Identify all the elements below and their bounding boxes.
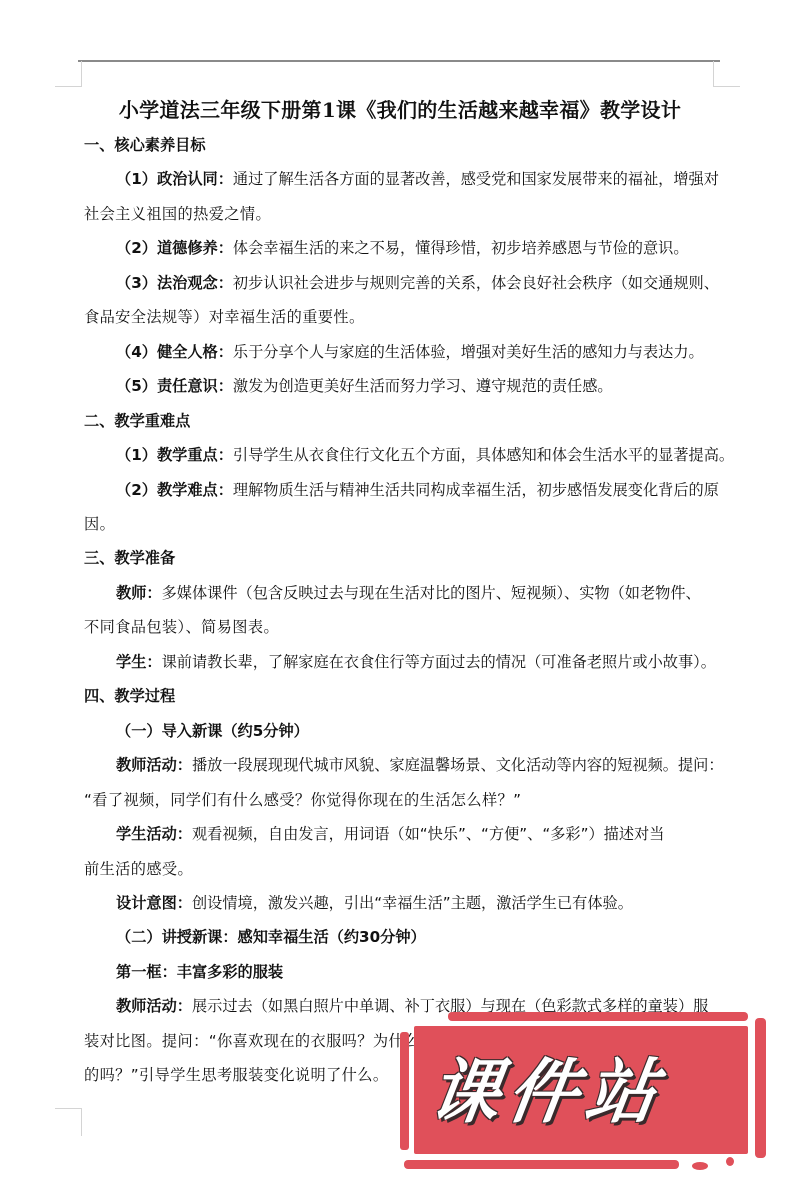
item-text: 理解物质生活与精神生活共同构成幸福生活，初步感悟发展变化背后的原 <box>233 481 719 499</box>
paragraph-continuation: 的吗？”引导学生思考服装变化说明了什么。 <box>84 1058 720 1092</box>
item-text: 观看视频，自由发言，用词语（如“快乐”、“方便”、“多彩”）描述对当 <box>192 825 664 843</box>
paragraph: 教师：多媒体课件（包含反映过去与现在生活对比的图片、短视频）、实物（如老物件、 <box>84 576 720 610</box>
item-label: （2）教学难点： <box>116 481 233 499</box>
paragraph: （2）教学难点：理解物质生活与精神生活共同构成幸福生活，初步感悟发展变化背后的原 <box>84 473 720 507</box>
item-text: 创设情境，激发兴趣，引出“幸福生活”主题，激活学生已有体验。 <box>192 894 633 912</box>
item-label: 教师： <box>116 584 162 602</box>
item-text: 课前请教长辈，了解家庭在衣食住行等方面过去的情况（可准备老照片或小故事）。 <box>162 653 716 671</box>
paragraph: （1）教学重点：引导学生从衣食住行文化五个方面，具体感知和体会生活水平的显著提高… <box>84 438 720 472</box>
item-label: 教师活动： <box>116 997 192 1015</box>
stamp-border-right <box>755 1018 766 1158</box>
item-text: 激发为创造更美好生活而努力学习、遵守规范的责任感。 <box>233 377 613 395</box>
document-page: 小学道法三年级下册第1课《我们的生活越来越幸福》教学设计 一、核心素养目标 （1… <box>84 92 720 1093</box>
subsection-title: （一）导入新课（约5分钟） <box>84 714 720 748</box>
item-label: 学生： <box>116 653 162 671</box>
item-label: 设计意图： <box>116 894 192 912</box>
stamp-ink-dot <box>692 1162 708 1170</box>
paragraph: （4）健全人格：乐于分享个人与家庭的生活体验，增强对美好生活的感知力与表达力。 <box>84 335 720 369</box>
paragraph-continuation: 前生活的感受。 <box>84 852 720 886</box>
crop-mark-top-left <box>55 61 82 87</box>
frame-title: 第一框：丰富多彩的服装 <box>84 955 720 989</box>
item-label: （5）责任意识： <box>116 377 233 395</box>
item-text: 播放一段展现现代城市风貌、家庭温馨场景、文化活动等内容的短视频。提问： <box>192 756 724 774</box>
page-header-rule <box>78 60 720 62</box>
paragraph: （3）法治观念：初步认识社会进步与规则完善的关系，体会良好社会秩序（如交通规则、 <box>84 266 720 300</box>
paragraph-continuation: 社会主义祖国的热爱之情。 <box>84 197 720 231</box>
crop-mark-bottom-left <box>55 1108 82 1136</box>
item-text: 多媒体课件（包含反映过去与现在生活对比的图片、短视频）、实物（如老物件、 <box>162 584 701 602</box>
stamp-border-bottom <box>404 1160 679 1169</box>
section-heading: 三、教学准备 <box>84 541 720 575</box>
crop-mark-top-right <box>713 61 740 87</box>
paragraph-continuation: “看了视频，同学们有什么感受？你觉得你现在的生活怎么样？” <box>84 783 720 817</box>
item-text: 初步认识社会进步与规则完善的关系，体会良好社会秩序（如交通规则、 <box>233 274 719 292</box>
paragraph-continuation: 不同食品包装）、简易图表。 <box>84 610 720 644</box>
paragraph-continuation: 装对比图。提问：“你喜欢现在的衣服吗？为什么？你知道爸爸妈妈小时候穿的衣服是什么… <box>84 1024 720 1058</box>
subsection-title: （二）讲授新课：感知幸福生活（约30分钟） <box>84 920 720 954</box>
paragraph: 教师活动：播放一段展现现代城市风貌、家庭温馨场景、文化活动等内容的短视频。提问： <box>84 748 720 782</box>
item-label: 学生活动： <box>116 825 192 843</box>
section-heading: 四、教学过程 <box>84 679 720 713</box>
paragraph: （2）道德修养：体会幸福生活的来之不易，懂得珍惜，初步培养感恩与节俭的意识。 <box>84 231 720 265</box>
item-label: （1）政治认同： <box>116 170 233 188</box>
item-text: 乐于分享个人与家庭的生活体验，增强对美好生活的感知力与表达力。 <box>233 343 704 361</box>
paragraph: （1）政治认同：通过了解生活各方面的显著改善，感受党和国家发展带来的福祉，增强对 <box>84 162 720 196</box>
paragraph: 学生活动：观看视频，自由发言，用词语（如“快乐”、“方便”、“多彩”）描述对当 <box>84 817 720 851</box>
item-text: 展示过去（如黑白照片中单调、补丁衣服）与现在（色彩款式多样的童装）服 <box>192 997 708 1015</box>
item-label: （4）健全人格： <box>116 343 233 361</box>
item-label: （1）教学重点： <box>116 446 233 464</box>
paragraph: 设计意图：创设情境，激发兴趣，引出“幸福生活”主题，激活学生已有体验。 <box>84 886 720 920</box>
item-text: 体会幸福生活的来之不易，懂得珍惜，初步培养感恩与节俭的意识。 <box>233 239 689 257</box>
item-text: 通过了解生活各方面的显著改善，感受党和国家发展带来的福祉，增强对 <box>233 170 719 188</box>
item-text: 引导学生从衣食住行文化五个方面，具体感知和体会生活水平的显著提高。 <box>233 446 734 464</box>
section-heading: 二、教学重难点 <box>84 404 720 438</box>
item-label: （3）法治观念： <box>116 274 233 292</box>
paragraph: 教师活动：展示过去（如黑白照片中单调、补丁衣服）与现在（色彩款式多样的童装）服 <box>84 989 720 1023</box>
paragraph: 学生：课前请教长辈，了解家庭在衣食住行等方面过去的情况（可准备老照片或小故事）。 <box>84 645 720 679</box>
item-label: （2）道德修养： <box>116 239 233 257</box>
stamp-ink-dot <box>726 1157 734 1166</box>
paragraph: （5）责任意识：激发为创造更美好生活而努力学习、遵守规范的责任感。 <box>84 369 720 403</box>
section-heading: 一、核心素养目标 <box>84 128 720 162</box>
paragraph-continuation: 因。 <box>84 507 720 541</box>
document-title: 小学道法三年级下册第1课《我们的生活越来越幸福》教学设计 <box>80 92 720 128</box>
item-label: 教师活动： <box>116 756 192 774</box>
paragraph-continuation: 食品安全法规等）对幸福生活的重要性。 <box>84 300 720 334</box>
